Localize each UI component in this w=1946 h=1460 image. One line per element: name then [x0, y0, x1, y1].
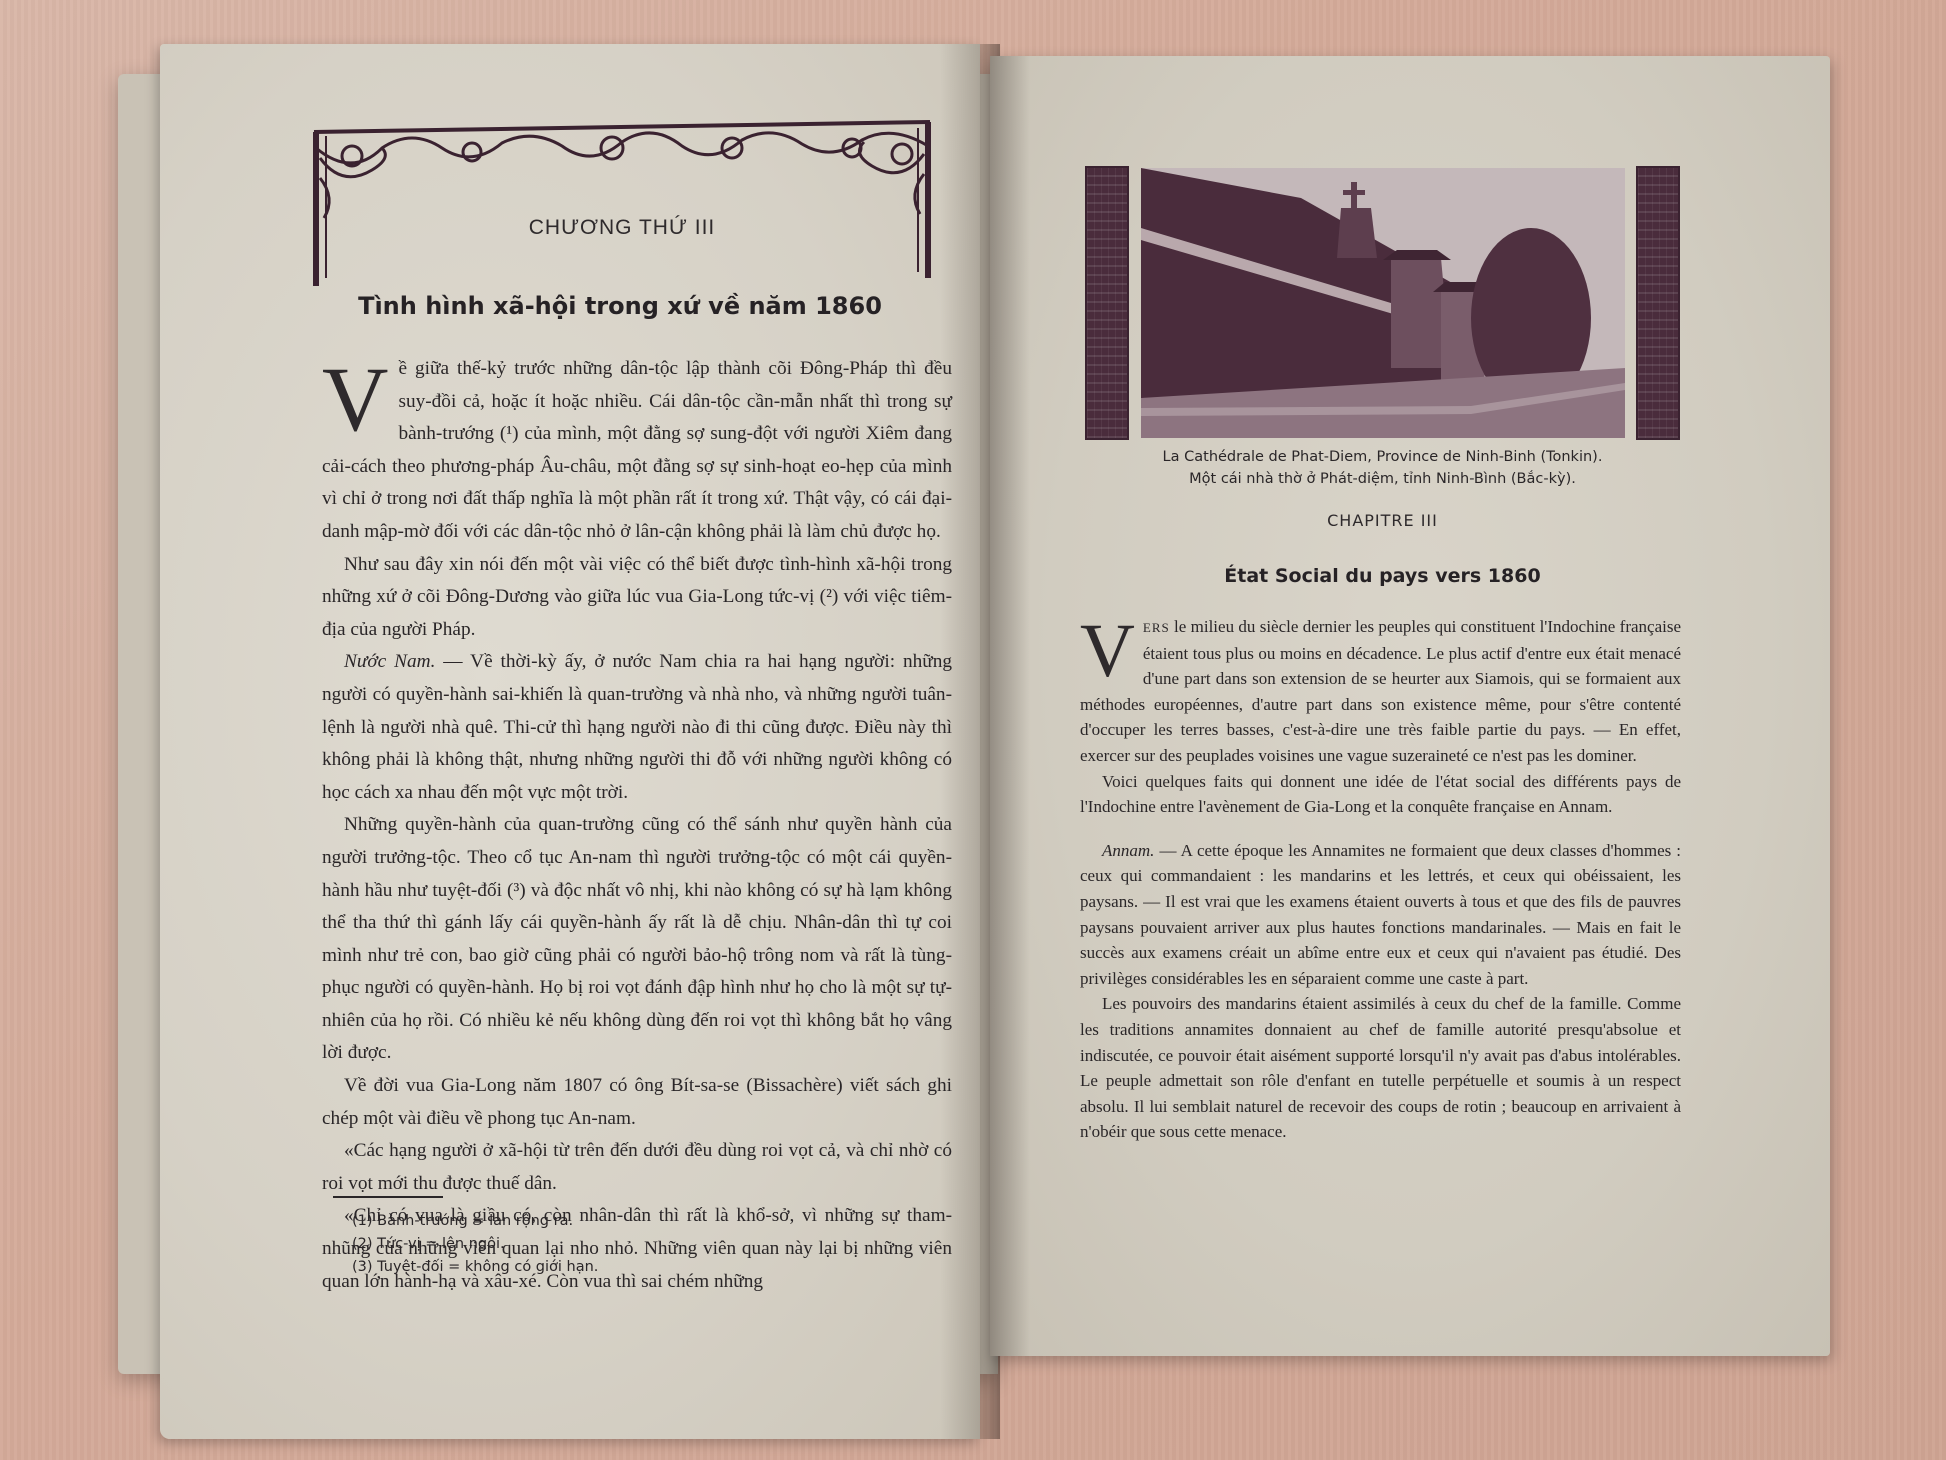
drop-cap: V	[322, 359, 388, 439]
chapter-heading-fr: CHAPITRE III	[1085, 511, 1680, 530]
paragraph: Về đời vua Gia-Long năm 1807 có ông Bít-…	[322, 1070, 952, 1135]
cathedral-photo-icon	[1141, 168, 1625, 438]
paragraph: Nước Nam. — Về thời-kỳ ấy, ở nước Nam ch…	[322, 646, 952, 809]
chapter-title-fr: État Social du pays vers 1860	[1085, 565, 1680, 587]
paragraph: Annam. — A cette époque les Annamites ne…	[1080, 838, 1681, 992]
section-lead: Nước Nam.	[344, 651, 435, 672]
section-lead: Annam.	[1102, 841, 1154, 860]
illustration-caption: La Cathédrale de Phat-Diem, Province de …	[1085, 446, 1680, 490]
paragraph: V ề giữa thế-kỷ trước những dân-tộc lập …	[322, 353, 952, 549]
left-body-text: V ề giữa thế-kỷ trước những dân-tộc lập …	[322, 353, 952, 1298]
illustration-frame	[1085, 166, 1680, 440]
right-gutter-shadow	[990, 56, 1030, 1356]
paragraph: V ers le milieu du siècle dernier les pe…	[1080, 614, 1681, 769]
paragraph: Như sau đây xin nói đến một vài việc có …	[322, 549, 952, 647]
paragraph: Những quyền-hành của quan-trường cũng có…	[322, 809, 952, 1070]
caption-fr: La Cathédrale de Phat-Diem, Province de …	[1085, 446, 1680, 468]
ornamental-frame-icon	[312, 118, 932, 288]
footnote: (3) Tuyệt-đối = không có giới hạn.	[352, 1256, 598, 1279]
carved-pillar-right	[1636, 166, 1680, 440]
paragraph: «Các hạng người ở xã-hội từ trên đến dướ…	[322, 1135, 952, 1200]
paragraph: Voici quelques faits qui donnent une idé…	[1080, 769, 1681, 820]
footnote: (1) Bành-trướng = lan rộng ra.	[352, 1210, 598, 1233]
paragraph: Les pouvoirs des mandarins étaient assim…	[1080, 991, 1681, 1145]
drop-cap: V	[1080, 618, 1135, 684]
small-caps: ers	[1143, 620, 1170, 635]
footnotes: (1) Bành-trướng = lan rộng ra. (2) Tức-v…	[352, 1210, 598, 1279]
cathedral-photo	[1141, 168, 1625, 438]
chapter-heading-vn: CHƯƠNG THỨ III	[312, 216, 932, 240]
carved-pillar-left	[1085, 166, 1129, 440]
footnote-rule	[333, 1196, 443, 1198]
right-body-text: V ers le milieu du siècle dernier les pe…	[1080, 614, 1681, 1145]
footnote: (2) Tức-vị = lên ngôi.	[352, 1233, 598, 1256]
caption-vn: Một cái nhà thờ ở Phát-diệm, tỉnh Ninh-B…	[1085, 468, 1680, 490]
chapter-title-vn: Tình hình xã-hội trong xứ về năm 1860	[300, 292, 940, 320]
spacer	[1080, 820, 1681, 838]
